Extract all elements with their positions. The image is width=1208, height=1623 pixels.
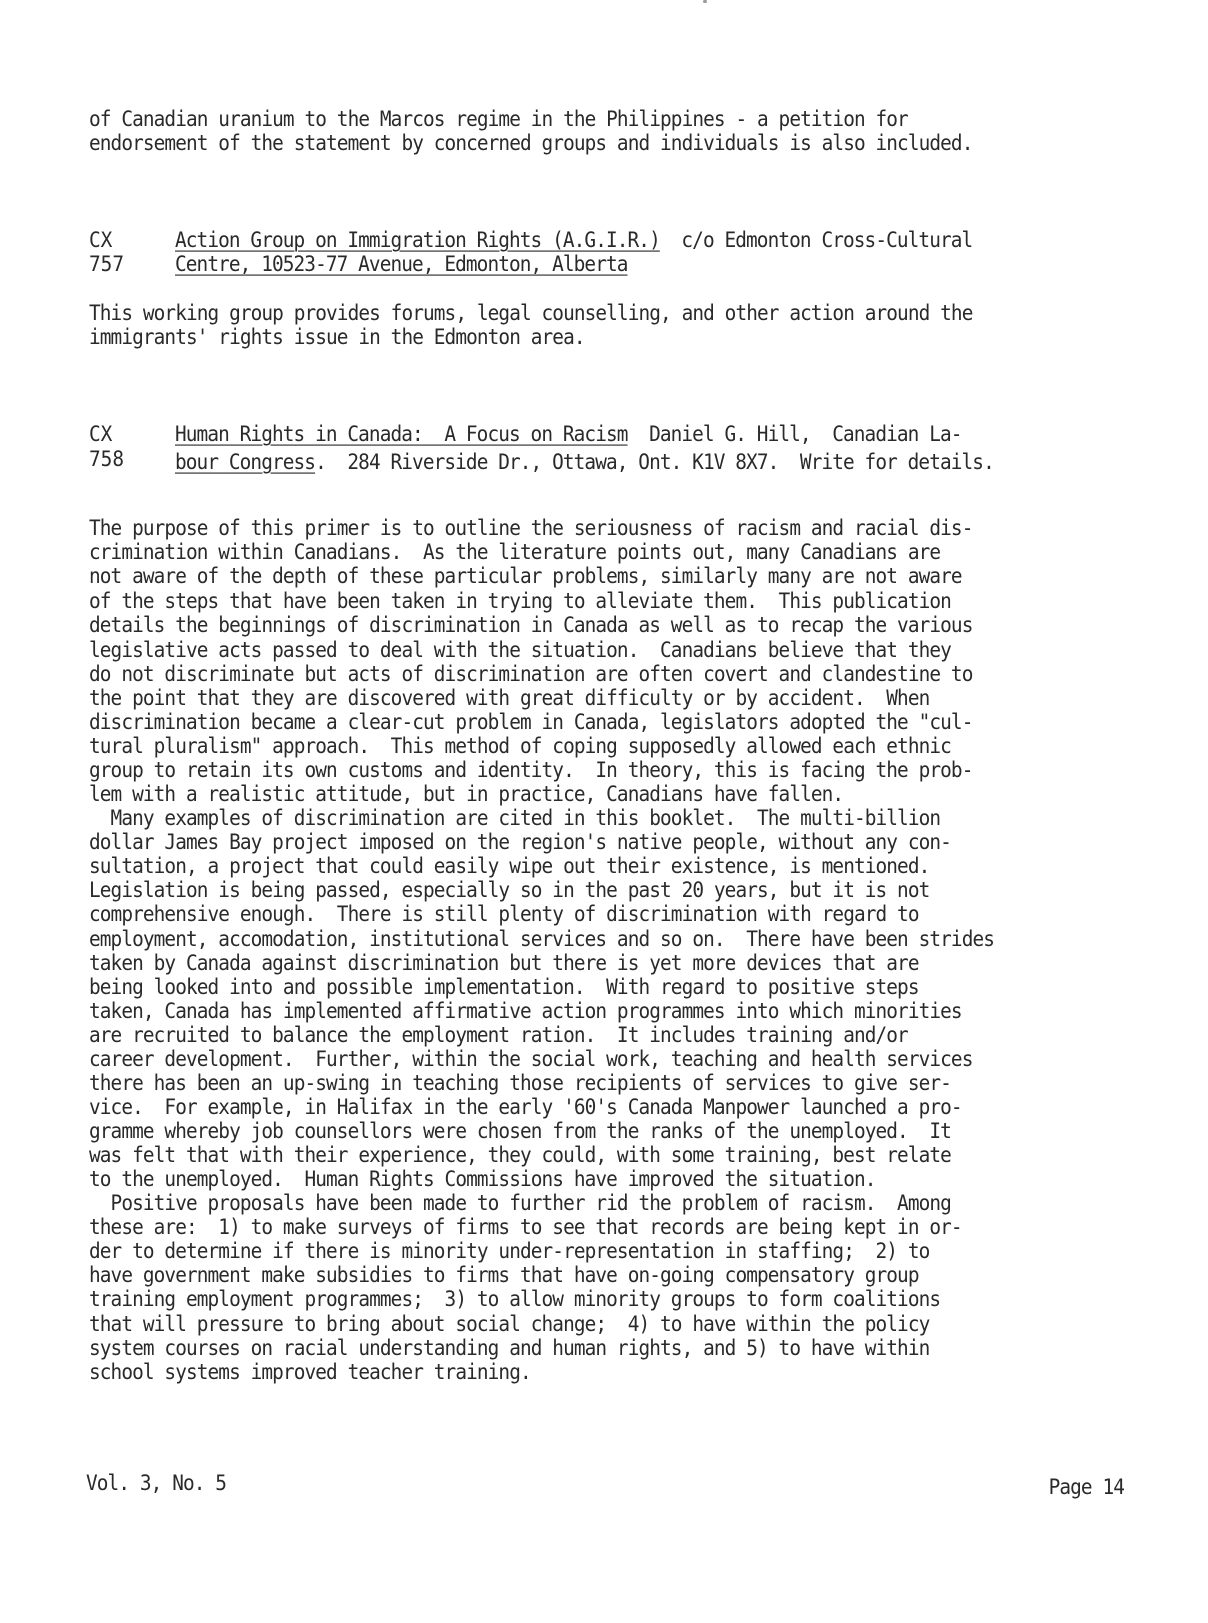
description-line: being looked into and possible implement…	[89, 974, 919, 1001]
description-line: do not discriminate but acts of discrimi…	[89, 661, 972, 688]
description-line: der to determine if there is minority un…	[89, 1238, 929, 1265]
description-line: to the unemployed. Human Rights Commissi…	[89, 1166, 876, 1193]
entry-address-continued: Centre, 10523-77 Avenue, Edmonton, Alber…	[175, 251, 628, 277]
description-line: comprehensive enough. There is still ple…	[89, 901, 919, 928]
description-line: discrimination became a clear-cut proble…	[89, 709, 972, 736]
description-line: career development. Further, within the …	[89, 1046, 972, 1073]
description-line: are recruited to balance the employment …	[89, 1022, 908, 1049]
description-line: The purpose of this primer is to outline…	[89, 515, 972, 542]
entry-address-line: bour Congress. 284 Riverside Dr., Ottawa…	[175, 449, 994, 476]
entry-title: Human Rights in Canada: A Focus on Racis…	[175, 421, 628, 447]
entry-address-line: Centre, 10523-77 Avenue, Edmonton, Alber…	[175, 251, 628, 278]
entry-description-line: immigrants' rights issue in the Edmonton…	[89, 324, 585, 351]
description-line: legislative acts passed to deal with the…	[89, 637, 951, 664]
description-line: dollar James Bay project imposed on the …	[89, 829, 951, 856]
description-line: crimination within Canadians. As the lit…	[89, 539, 940, 566]
footer-volume: Vol. 3, No. 5	[86, 1470, 226, 1496]
description-line: taken, Canada has implemented affirmativ…	[89, 998, 962, 1025]
entry-heading-line: Human Rights in Canada: A Focus on Racis…	[175, 421, 962, 448]
entry-heading-line: Action Group on Immigration Rights (A.G.…	[175, 227, 972, 254]
description-line: gramme whereby job counsellors were chos…	[89, 1118, 951, 1145]
description-line: sultation, a project that could easily w…	[89, 853, 929, 880]
description-line: employment, accomodation, institutional …	[89, 926, 994, 953]
intro-line: endorsement of the statement by concerne…	[89, 130, 972, 157]
description-line: not aware of the depth of these particul…	[89, 563, 962, 590]
description-line: the point that they are discovered with …	[89, 685, 929, 712]
entry-description-line: This working group provides forums, lega…	[89, 300, 972, 327]
description-line: details the beginnings of discrimination…	[89, 612, 972, 639]
description-line: school systems improved teacher training…	[89, 1359, 531, 1386]
entry-author-publisher: Daniel G. Hill, Canadian La-	[628, 421, 962, 447]
entry-number: 757	[89, 251, 124, 278]
entry-number: 758	[89, 446, 124, 473]
description-line: there has been an up-swing in teaching t…	[89, 1070, 951, 1097]
entry-address: c/o Edmonton Cross-Cultural	[660, 227, 972, 253]
description-line: lem with a realistic attitude, but in pr…	[89, 781, 843, 808]
description-line: Many examples of discrimination are cite…	[89, 805, 940, 832]
intro-line: of Canadian uranium to the Marcos regime…	[89, 106, 908, 133]
description-line: group to retain its own customs and iden…	[89, 757, 972, 784]
description-line: Legislation is being passed, especially …	[89, 877, 929, 904]
entry-title: Action Group on Immigration Rights (A.G.…	[175, 227, 660, 253]
description-line: tural pluralism" approach. This method o…	[89, 733, 951, 760]
description-line: of the steps that have been taken in try…	[89, 588, 951, 615]
entry-code: CX	[89, 227, 112, 254]
description-line: that will pressure to bring about social…	[89, 1311, 929, 1338]
document-page: of Canadian uranium to the Marcos regime…	[0, 0, 1208, 1623]
entry-address: . 284 Riverside Dr., Ottawa, Ont. K1V 8X…	[315, 449, 994, 475]
scan-mark	[703, 0, 707, 3]
entry-code: CX	[89, 421, 112, 448]
description-line: Positive proposals have been made to fur…	[89, 1190, 951, 1217]
description-line: have government make subsidies to firms …	[89, 1262, 919, 1289]
description-line: system courses on racial understanding a…	[89, 1335, 929, 1362]
description-line: taken by Canada against discrimination b…	[89, 950, 919, 977]
entry-publisher-continued: bour Congress	[175, 449, 315, 475]
description-line: was felt that with their experience, the…	[89, 1142, 951, 1169]
footer-page-number: Page 14	[1049, 1474, 1124, 1500]
description-line: training employment programmes; 3) to al…	[89, 1286, 940, 1313]
description-line: vice. For example, in Halifax in the ear…	[89, 1094, 962, 1121]
description-line: these are: 1) to make surveys of firms t…	[89, 1214, 962, 1241]
